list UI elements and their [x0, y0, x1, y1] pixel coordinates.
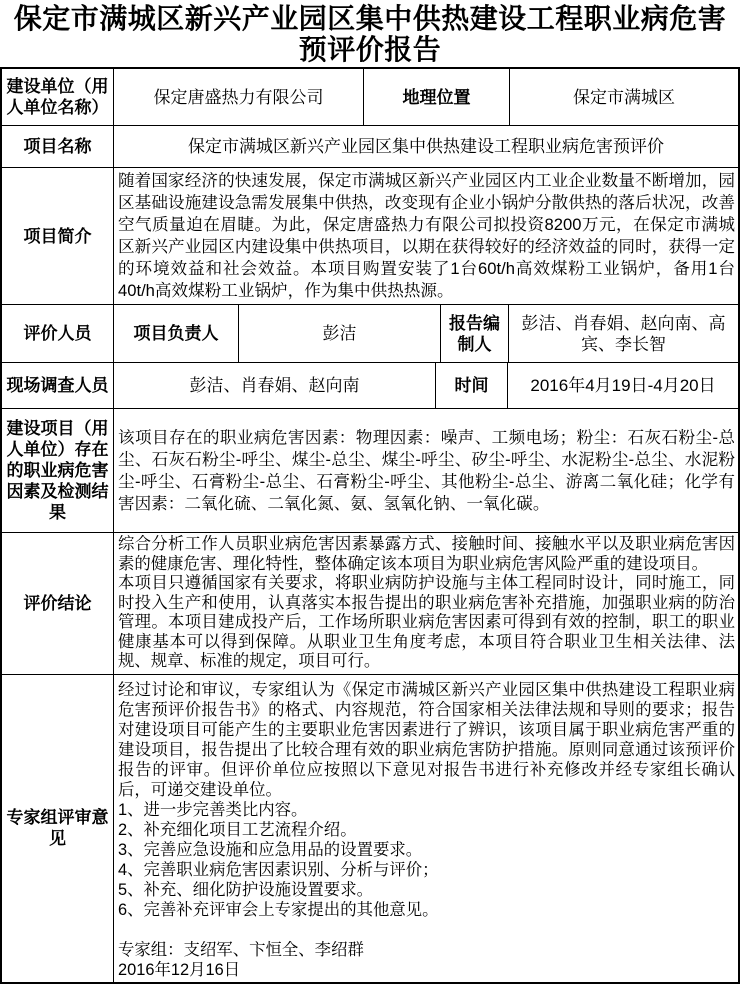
project-name-label: 项目名称	[2, 126, 113, 167]
project-leader-value: 彭洁	[238, 305, 440, 362]
project-intro-label: 项目简介	[2, 168, 113, 304]
row-hazard-factors: 建设项目（用人单位）存在的职业病危害因素及检测结果 该项目存在的职业病危害因素：…	[2, 408, 738, 532]
report-page: 保定市满城区新兴产业园区集中供热建设工程职业病危害预评价报告 建设单位（用人单位…	[0, 0, 740, 945]
report-writers-label: 报告编制人	[440, 305, 508, 362]
report-table: 建设单位（用人单位名称） 保定唐盛热力有限公司 地理位置 保定市满城区 项目名称…	[0, 67, 740, 984]
project-leader-label: 项目负责人	[113, 305, 238, 362]
row-expert-opinion: 专家组评审意见 经过讨论和审议，专家组认为《保定市满城区新兴产业园区集中供热建设…	[2, 674, 738, 982]
conclusion-value: 综合分析工作人员职业病危害因素暴露方式、接触时间、接触水平以及职业病危害因素的健…	[113, 533, 738, 674]
row-conclusion: 评价结论 综合分析工作人员职业病危害因素暴露方式、接触时间、接触水平以及职业病危…	[2, 532, 738, 674]
expert-opinion-label: 专家组评审意见	[2, 675, 113, 982]
hazard-factors-value: 该项目存在的职业病危害因素：物理因素：噪声、工频电场；粉尘：石灰石粉尘-总尘、石…	[113, 409, 738, 532]
evaluators-label: 评价人员	[2, 305, 113, 362]
construction-unit-value: 保定唐盛热力有限公司	[113, 69, 363, 125]
project-intro-text: 随着国家经济的快速发展，保定市满城区新兴产业园区内工业企业数量不断增加，园区基础…	[114, 168, 738, 304]
project-name-value: 保定市满城区新兴产业园区集中供热建设工程职业病危害预评价	[113, 126, 738, 167]
conclusion-text: 综合分析工作人员职业病危害因素暴露方式、接触时间、接触水平以及职业病危害因素的健…	[114, 533, 738, 674]
site-survey-value: 彭洁、肖春娟、赵向南	[113, 363, 435, 408]
time-value: 2016年4月19日-4月20日	[507, 363, 738, 408]
project-intro-value: 随着国家经济的快速发展，保定市满城区新兴产业园区内工业企业数量不断增加，园区基础…	[113, 168, 738, 304]
hazard-factors-label: 建设项目（用人单位）存在的职业病危害因素及检测结果	[2, 409, 113, 532]
row-project-name: 项目名称 保定市满城区新兴产业园区集中供热建设工程职业病危害预评价	[2, 125, 738, 167]
row-evaluators: 评价人员 项目负责人 彭洁 报告编制人 彭洁、肖春娟、赵向南、高宾、李长智	[2, 304, 738, 362]
site-survey-label: 现场调查人员	[2, 363, 113, 408]
geographic-location-value: 保定市满城区	[509, 69, 738, 125]
construction-unit-label: 建设单位（用人单位名称）	[2, 69, 113, 125]
report-title: 保定市满城区新兴产业园区集中供热建设工程职业病危害预评价报告	[0, 0, 740, 67]
row-project-intro: 项目简介 随着国家经济的快速发展，保定市满城区新兴产业园区内工业企业数量不断增加…	[2, 167, 738, 304]
report-writers-value: 彭洁、肖春娟、赵向南、高宾、李长智	[508, 305, 738, 362]
geographic-location-label: 地理位置	[363, 69, 509, 125]
conclusion-label: 评价结论	[2, 533, 113, 674]
expert-opinion-value: 经过讨论和审议，专家组认为《保定市满城区新兴产业园区集中供热建设工程职业病危害预…	[113, 675, 738, 982]
hazard-factors-text: 该项目存在的职业病危害因素：物理因素：噪声、工频电场；粉尘：石灰石粉尘-总尘、石…	[114, 425, 738, 517]
expert-opinion-text: 经过讨论和审议，专家组认为《保定市满城区新兴产业园区集中供热建设工程职业病危害预…	[114, 675, 738, 982]
time-label: 时间	[435, 363, 507, 408]
row-construction-unit: 建设单位（用人单位名称） 保定唐盛热力有限公司 地理位置 保定市满城区	[2, 69, 738, 125]
row-site-survey: 现场调查人员 彭洁、肖春娟、赵向南 时间 2016年4月19日-4月20日	[2, 362, 738, 408]
